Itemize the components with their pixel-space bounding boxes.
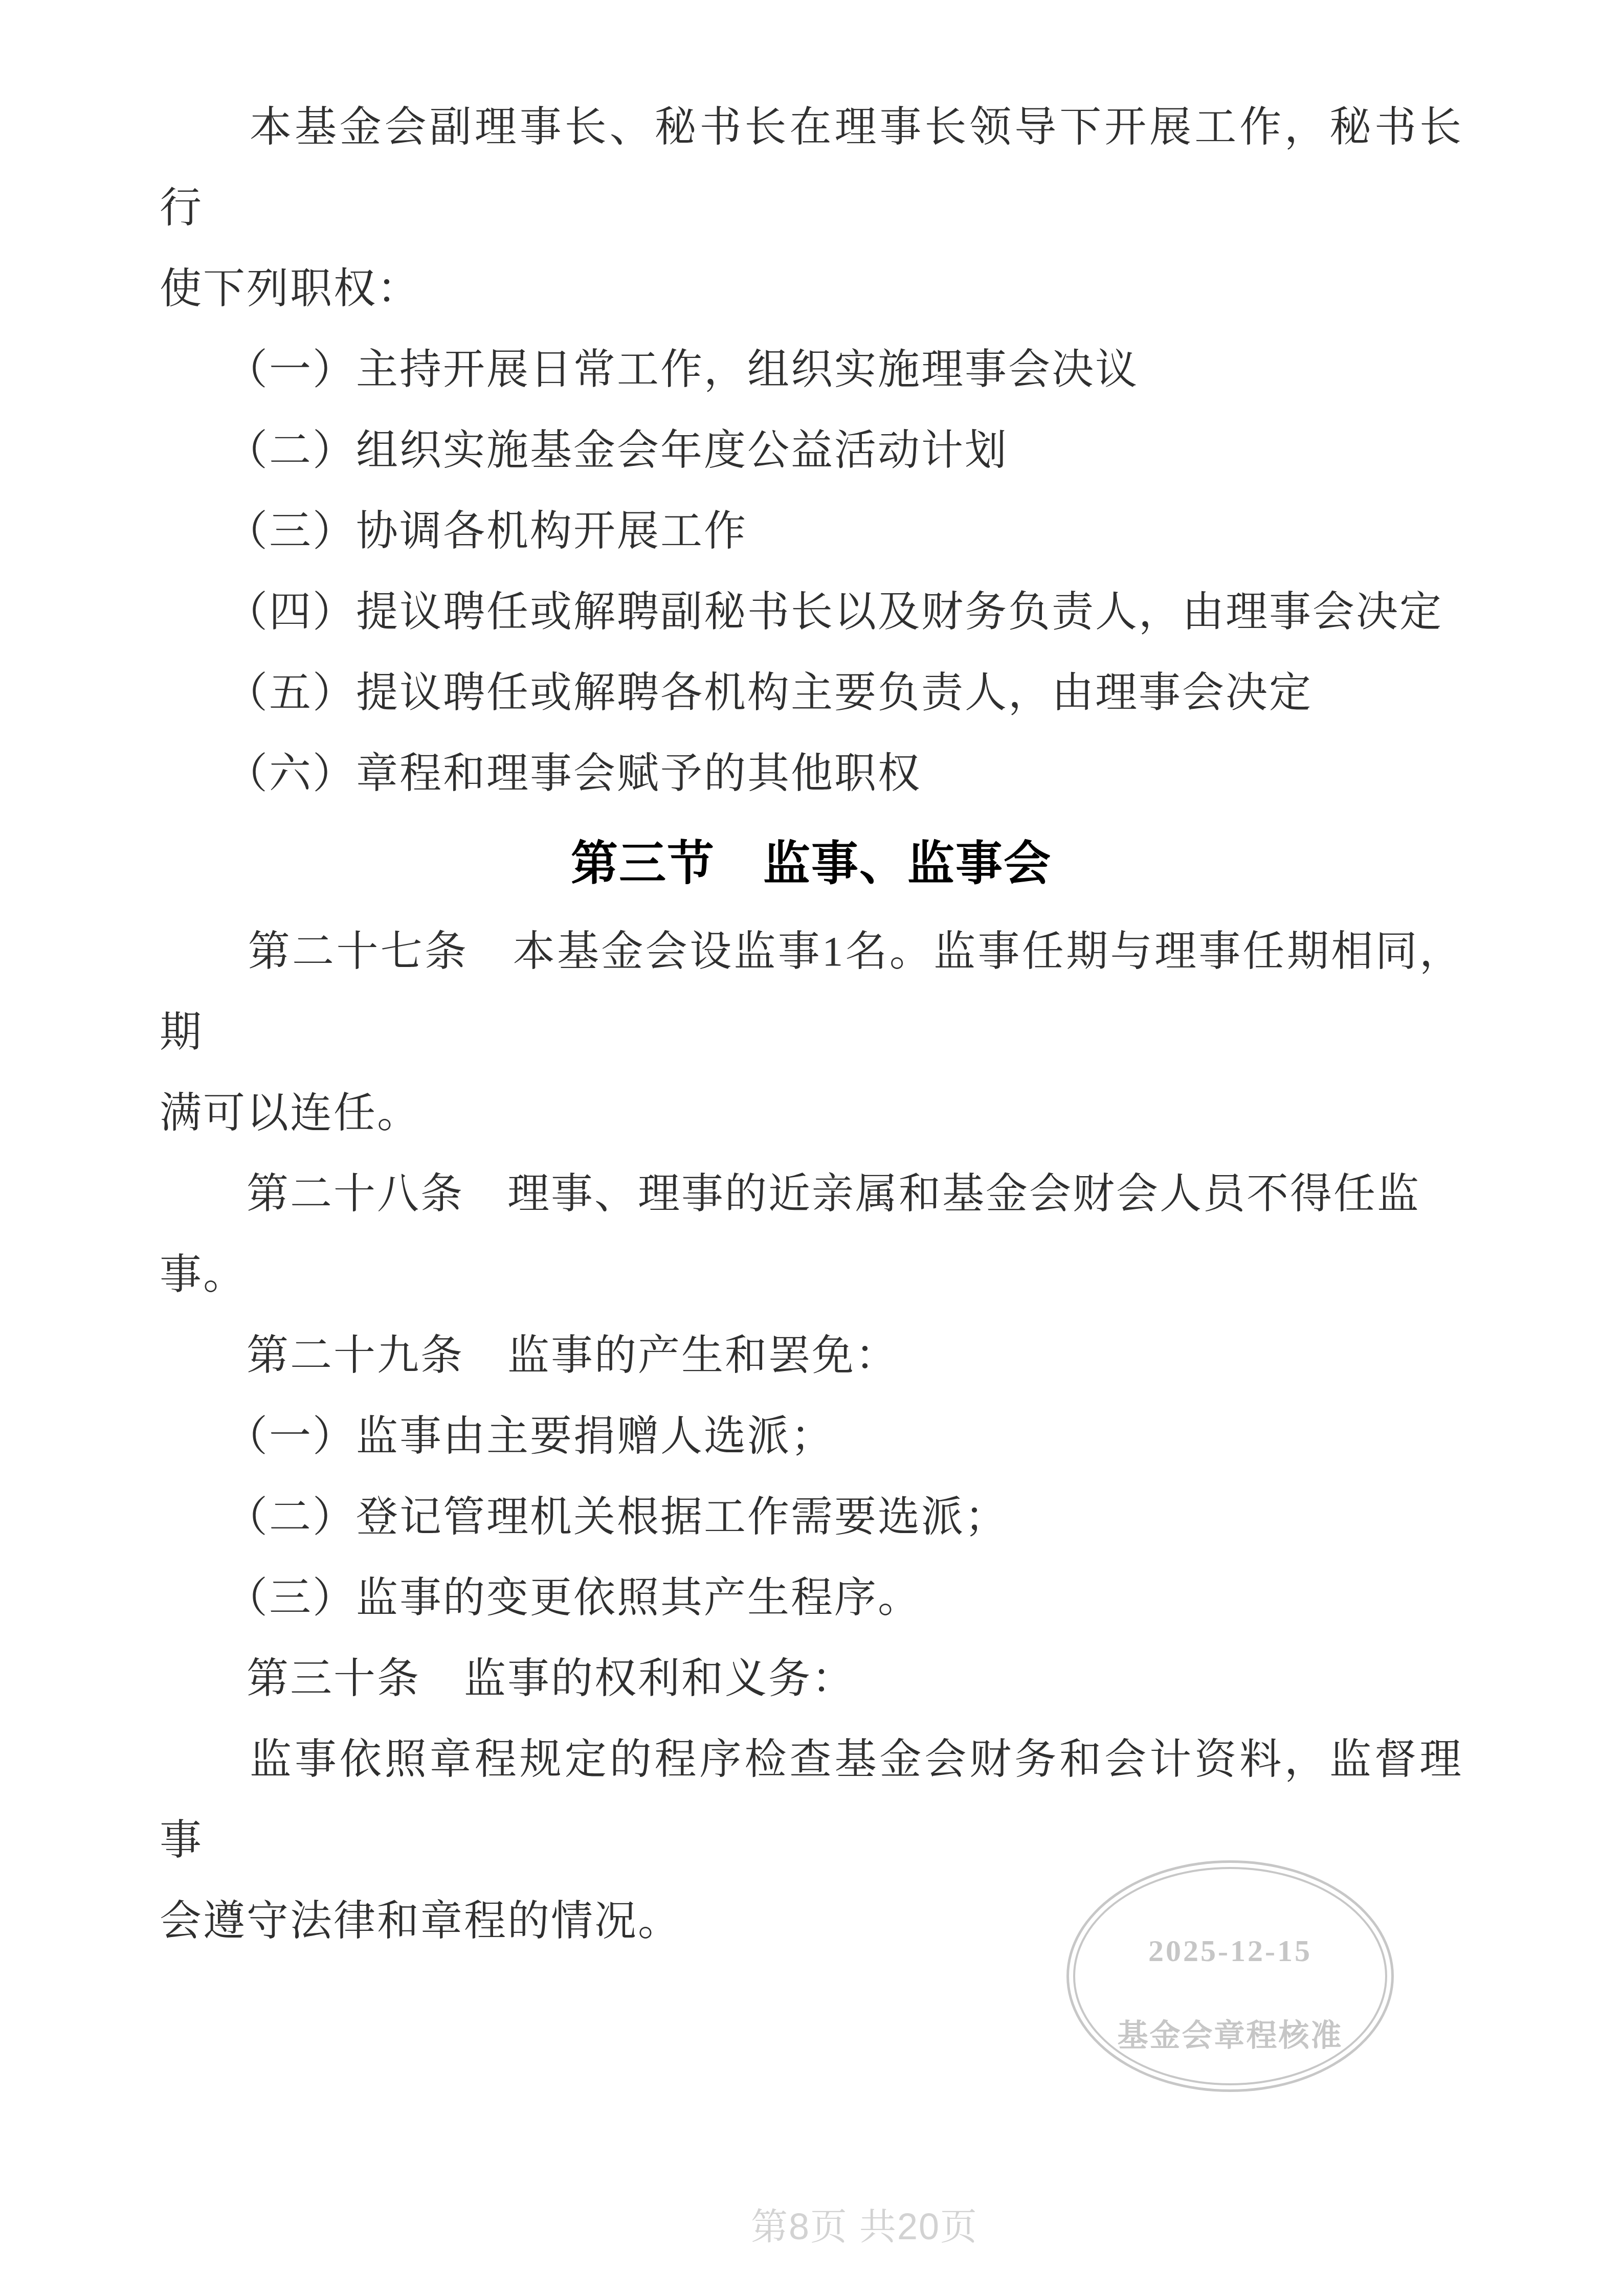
paragraph: 第二十九条 监事的产生和罢免： [160, 1315, 1463, 1396]
list-item: （六）章程和理事会赋予的其他职权 [160, 733, 1463, 814]
list-item: （三）协调各机构开展工作 [160, 491, 1463, 572]
list-item: （四）提议聘任或解聘副秘书长以及财务负责人，由理事会决定 [160, 572, 1463, 652]
approval-stamp: 2025-12-15 基金会章程核准 [1066, 1860, 1394, 2092]
stamp-label: 基金会章程核准 [1069, 2011, 1391, 2055]
paragraph: 第二十八条 理事、理事的近亲属和基金会财会人员不得任监 事。 [160, 1154, 1463, 1315]
paragraph: 第二十七条 本基金会设监事1名。监事任期与理事任期相同，期 满可以连任。 [160, 911, 1463, 1154]
paragraph: 第三十条 监事的权利和义务： [160, 1638, 1463, 1719]
stamp-date: 2025-12-15 [1069, 1933, 1391, 1969]
document-body: 本基金会副理事长、秘书长在理事长领导下开展工作，秘书长行 使下列职权： （一）主… [0, 0, 1624, 1962]
list-item: （二）组织实施基金会年度公益活动计划 [160, 410, 1463, 491]
list-item: （一）主持开展日常工作，组织实施理事会决议 [160, 329, 1463, 410]
section-heading: 第三节 监事、监事会 [160, 820, 1463, 907]
paragraph: 本基金会副理事长、秘书长在理事长领导下开展工作，秘书长行 使下列职权： [160, 87, 1463, 329]
document-page: 本基金会副理事长、秘书长在理事长领导下开展工作，秘书长行 使下列职权： （一）主… [0, 0, 1624, 2296]
list-item: （五）提议聘任或解聘各机构主要负责人，由理事会决定 [160, 652, 1463, 733]
list-item: （三）监事的变更依照其产生程序。 [160, 1558, 1463, 1638]
list-item: （二）登记管理机关根据工作需要选派； [160, 1477, 1463, 1558]
page-number: 第8页 共20页 [751, 2197, 978, 2250]
list-item: （一）监事由主要捐赠人选派； [160, 1396, 1463, 1477]
